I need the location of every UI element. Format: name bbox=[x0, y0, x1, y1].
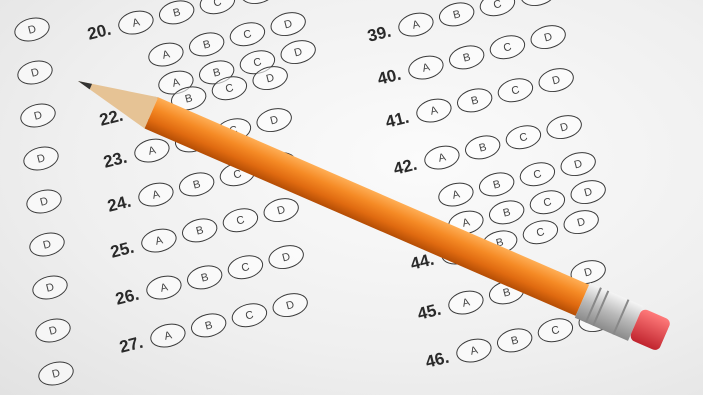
answer-bubble-d[interactable]: D bbox=[18, 100, 58, 131]
answer-bubble-b[interactable]: B bbox=[446, 42, 486, 73]
answer-bubble-d[interactable]: D bbox=[36, 358, 76, 389]
answer-bubble-a[interactable]: A bbox=[414, 95, 454, 126]
answer-bubble-b[interactable]: B bbox=[436, 0, 476, 30]
question-number: 45. bbox=[396, 299, 444, 329]
answer-bubble-d[interactable]: D bbox=[561, 207, 601, 238]
question-number: 27. bbox=[98, 332, 146, 362]
answer-bubble-d[interactable]: D bbox=[21, 143, 61, 174]
answer-bubble-c[interactable]: C bbox=[517, 159, 557, 190]
answer-bubble-a[interactable]: A bbox=[136, 179, 176, 210]
answer-bubble-d[interactable]: D bbox=[270, 290, 310, 321]
answer-bubble-c[interactable]: C bbox=[477, 0, 517, 20]
answer-bubble-b[interactable]: B bbox=[462, 132, 502, 163]
answer-bubble-d[interactable]: D bbox=[536, 65, 576, 96]
answer-bubble-c[interactable]: C bbox=[503, 122, 543, 153]
answer-bubble-a[interactable]: A bbox=[446, 287, 486, 318]
answer-bubble-d[interactable]: D bbox=[27, 229, 67, 260]
answer-bubble-b[interactable]: B bbox=[486, 197, 526, 228]
answer-bubble-c[interactable]: C bbox=[229, 300, 269, 331]
answer-bubble-a[interactable]: A bbox=[406, 52, 446, 83]
answer-bubble-a[interactable]: A bbox=[454, 335, 494, 366]
question-number: 46. bbox=[404, 347, 452, 377]
answer-bubble-c[interactable]: C bbox=[220, 205, 260, 236]
answer-bubble-b[interactable]: B bbox=[188, 310, 228, 341]
answer-bubble-d[interactable]: D bbox=[33, 315, 73, 346]
answer-bubble-d[interactable]: D bbox=[558, 149, 598, 180]
answer-bubble-b[interactable]: B bbox=[476, 169, 516, 200]
answer-sheet-photo: 20.ABCDABCDABCD22.ABCD23.ABCD24.ABCD25.A… bbox=[0, 0, 703, 395]
question-number: 40. bbox=[356, 64, 404, 94]
answer-bubble-a[interactable]: A bbox=[146, 39, 186, 70]
answer-bubble-d[interactable]: D bbox=[266, 242, 306, 273]
answer-bubble-a[interactable]: A bbox=[436, 179, 476, 210]
answer-bubble-a[interactable]: A bbox=[148, 320, 188, 351]
question-number: 24. bbox=[86, 191, 134, 221]
answer-bubble-d[interactable]: D bbox=[568, 177, 608, 208]
answer-bubble-d[interactable]: D bbox=[544, 112, 584, 143]
answer-bubble-a[interactable]: A bbox=[422, 142, 462, 173]
answer-bubble-a[interactable]: A bbox=[144, 272, 184, 303]
answer-bubble-d[interactable]: D bbox=[268, 9, 308, 40]
answer-bubble-b[interactable]: B bbox=[176, 169, 216, 200]
answer-bubble-c[interactable]: C bbox=[225, 252, 265, 283]
answer-bubble-b[interactable]: B bbox=[179, 215, 219, 246]
answer-bubble-b[interactable]: B bbox=[186, 29, 226, 60]
answer-bubble-b[interactable]: B bbox=[494, 325, 534, 356]
answer-bubble-d[interactable]: D bbox=[12, 14, 52, 45]
answer-bubble-d[interactable]: D bbox=[15, 57, 55, 88]
answer-bubble-c[interactable]: C bbox=[487, 32, 527, 63]
answer-bubble-a[interactable]: A bbox=[139, 225, 179, 256]
question-number: 26. bbox=[94, 284, 142, 314]
answer-bubble-c[interactable]: C bbox=[197, 0, 237, 18]
question-number: 39. bbox=[346, 21, 394, 51]
answer-bubble-b[interactable]: B bbox=[156, 0, 196, 28]
answer-bubble-d[interactable]: D bbox=[254, 105, 294, 136]
answer-bubble-d[interactable]: D bbox=[528, 22, 568, 53]
question-number: 20. bbox=[66, 19, 114, 49]
answer-bubble-a[interactable]: A bbox=[116, 7, 156, 38]
question-number: 25. bbox=[89, 237, 137, 267]
answer-bubble-d[interactable]: D bbox=[24, 186, 64, 217]
question-number: 23. bbox=[82, 147, 130, 177]
answer-bubble-b[interactable]: B bbox=[454, 85, 494, 116]
question-number: 41. bbox=[364, 107, 412, 137]
question-number: 42. bbox=[372, 154, 420, 184]
answer-bubble-a[interactable]: A bbox=[396, 9, 436, 40]
answer-bubble-c[interactable]: C bbox=[520, 217, 560, 248]
answer-bubble-d[interactable]: D bbox=[30, 272, 70, 303]
answer-bubble-d[interactable]: D bbox=[518, 0, 558, 10]
answer-bubble-d[interactable]: D bbox=[238, 0, 278, 8]
answer-bubble-b[interactable]: B bbox=[184, 262, 224, 293]
answer-bubble-c[interactable]: C bbox=[227, 19, 267, 50]
answer-bubble-c[interactable]: C bbox=[527, 187, 567, 218]
answer-bubble-c[interactable]: C bbox=[495, 75, 535, 106]
